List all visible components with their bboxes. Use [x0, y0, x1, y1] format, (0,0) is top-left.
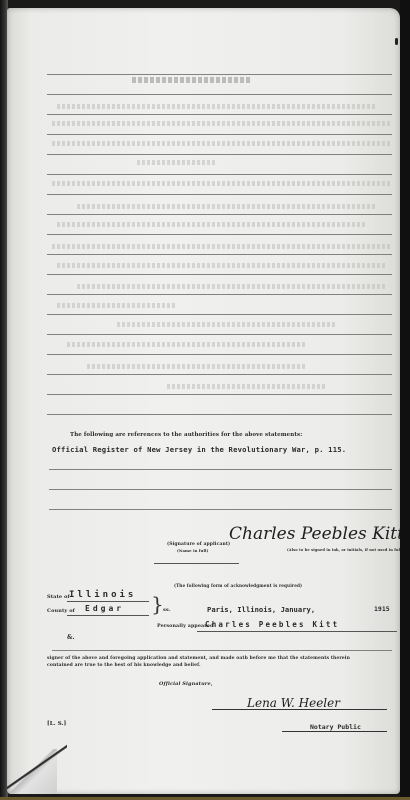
references-intro: The following are references to the auth…	[70, 432, 302, 438]
signature-sublabel: (Name in full)	[177, 548, 208, 553]
ruled-line	[49, 469, 392, 470]
faded-text-line	[52, 141, 392, 146]
ruled-line	[47, 294, 392, 295]
ruled-line	[47, 214, 392, 215]
seal-label: [L. S.]	[47, 721, 66, 727]
official-signature-label: Official Signature,	[159, 681, 213, 687]
scan-speck	[395, 38, 398, 45]
ruled-line	[47, 254, 392, 255]
faded-text-line	[167, 384, 327, 389]
ruled-line	[47, 354, 392, 355]
ruled-line	[47, 234, 392, 235]
document-page: The following are references to the auth…	[7, 8, 400, 794]
faded-text-line	[52, 181, 392, 186]
applicant-signature: Charles Peebles Kitt	[229, 524, 400, 544]
faded-text-line	[57, 303, 177, 308]
state-label: State of	[47, 594, 70, 600]
faded-text-line	[57, 104, 377, 109]
left-marker: &.	[67, 634, 75, 641]
ruled-line	[47, 314, 392, 315]
ruled-line	[47, 134, 392, 135]
ruled-line	[47, 374, 392, 375]
bracket-brace: }	[151, 594, 164, 614]
ruled-line	[49, 509, 392, 510]
faded-text-line	[67, 342, 307, 347]
notary-signature: Lena W. Heeler	[247, 696, 340, 710]
ruled-line	[47, 114, 392, 115]
ruled-line	[47, 74, 392, 75]
faded-heading	[132, 77, 252, 83]
county-underline	[67, 615, 149, 616]
county-label: County of	[47, 608, 75, 614]
signature-label: (Signature of applicant)	[167, 542, 230, 547]
faded-text-line	[137, 160, 217, 165]
ruled-line	[52, 650, 392, 651]
faded-text-line	[52, 121, 392, 126]
oath-text-line-1: signer of the above and foregoing applic…	[47, 656, 350, 661]
ruled-line	[47, 174, 392, 175]
location-date: Paris, Illinois, January,	[207, 605, 315, 614]
ss-label: ss.	[163, 607, 171, 613]
ruled-line	[49, 489, 392, 490]
faded-text-line	[77, 284, 387, 289]
faded-text-line	[57, 263, 387, 268]
reference-entry: Official Register of New Jersey in the R…	[52, 445, 346, 454]
notary-title: Notary Public	[310, 723, 361, 731]
faded-text-line	[117, 322, 337, 327]
faded-text-line	[87, 364, 307, 369]
state-underline	[67, 601, 149, 602]
state-value: Illinois	[69, 590, 136, 600]
name-underline	[197, 631, 397, 632]
notary-signature-line	[212, 709, 387, 710]
personally-appeared-name: Charles Peebles Kitt	[205, 620, 339, 629]
ruled-line	[47, 394, 392, 395]
year: 1915	[374, 605, 390, 613]
ruled-line	[47, 154, 392, 155]
folded-corner-edge	[7, 744, 67, 794]
signature-divider	[154, 563, 239, 564]
ruled-line	[47, 334, 392, 335]
ruled-line	[47, 94, 392, 95]
oath-text-line-2: contained are true to the best of his kn…	[47, 663, 201, 668]
faded-text-line	[57, 222, 367, 227]
ruled-line	[47, 414, 392, 415]
notary-title-line	[282, 731, 387, 732]
acknowledgment-note: (The following form of acknowledgment is…	[174, 583, 302, 588]
signature-note: (Also to be signed in ink, or initials, …	[287, 548, 400, 552]
county-value: Edgar	[85, 604, 124, 613]
ruled-line	[47, 194, 392, 195]
scan-right-edge	[400, 0, 410, 800]
faded-text-line	[52, 244, 392, 249]
ruled-line	[47, 274, 392, 275]
faded-text-line	[77, 204, 377, 209]
